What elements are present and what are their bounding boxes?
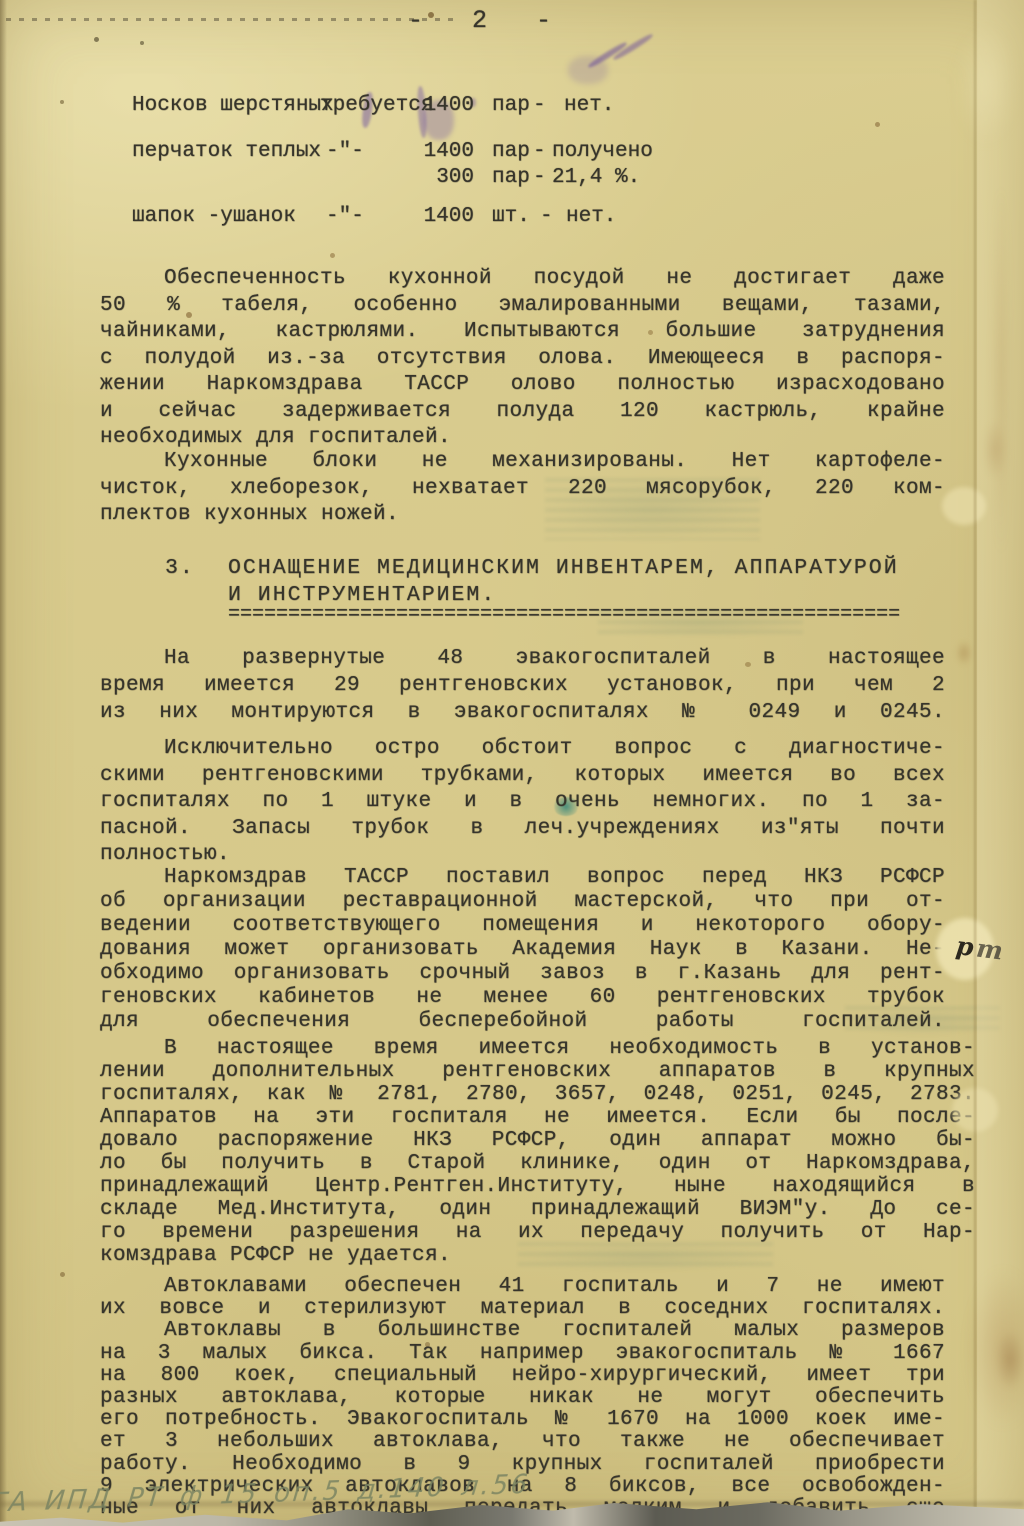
text-line: чайниками, кастрюлями. Испытываются боль… — [100, 319, 945, 346]
text-line: довало распоряжение НКЗ РСФСР, один аппа… — [100, 1129, 975, 1152]
text-line: скими рентгеновскими трубками, которых и… — [100, 763, 945, 790]
speck — [94, 37, 99, 42]
text-line: ет 3 небольших автоклава, что также не о… — [100, 1431, 945, 1453]
text-line: время имеется 29 рентгеновских установок… — [100, 672, 945, 699]
text-line: Исключительно остро обстоит вопрос с диа… — [100, 736, 945, 763]
text-line: В настоящее время имеется необходимость … — [100, 1037, 975, 1060]
paragraph-restoration-workshop: Наркомздрав ТАССР поставил вопрос перед … — [100, 866, 945, 1034]
text-line: обходимо организовать срочный завоз в г.… — [100, 962, 945, 986]
paragraph-kitchen-blocks: Кухонные блоки не механизированы. Нет ка… — [100, 449, 945, 529]
text-line: и сейчас задерживается полуда 120 кастрю… — [100, 399, 945, 426]
text-line: плектов кухонных ножей. — [100, 502, 945, 529]
supply-list: Носков шерстяных требуется 1400 пар - не… — [0, 94, 1024, 244]
text-line: жении Наркомздрава ТАССР олово полностью… — [100, 372, 945, 399]
supply-qty: 1400 — [410, 94, 474, 117]
supply-item: Носков шерстяных — [132, 94, 334, 117]
supply-status: нет. — [564, 94, 614, 117]
supply-dash: - — [540, 205, 553, 228]
text-line: Наркомздрав ТАССР поставил вопрос перед … — [100, 866, 945, 890]
text-line: Аппаратов на эти госпиталя не имеется. Е… — [100, 1106, 975, 1129]
supply-ditto: -"- — [326, 140, 364, 163]
supply-qty2: 300 — [410, 166, 474, 189]
text-line: полностью. — [100, 842, 945, 869]
supply-status: нет. — [566, 205, 616, 228]
text-line: ло бы получить в Старой клинике, один от… — [100, 1152, 975, 1175]
section-number: 3. — [165, 556, 195, 580]
page-left-edge-shadow — [0, 0, 7, 1526]
text-line: на 3 малых бикса. Так например эвакогосп… — [100, 1343, 945, 1365]
supply-qty: 1400 — [410, 140, 474, 163]
text-line: лении дополнительных рентгеновских аппар… — [100, 1060, 975, 1083]
text-line: из них монтируются в эвакогоспиталях № 0… — [100, 699, 945, 726]
text-line: с полудой из.-за отсутствия олова. Имеющ… — [100, 346, 945, 373]
supply-item: шапок -ушанок — [132, 205, 296, 228]
supply-item: перчаток теплых — [132, 140, 321, 163]
section-title-line1: ОСНАЩЕНИЕ МЕДИЦИНСКИМ ИНВЕНТАРЕМ, АППАРА… — [228, 556, 899, 580]
text-line: чисток, хлеборезок, нехватает 220 мясору… — [100, 476, 945, 503]
page-number: - 2 - — [408, 6, 561, 35]
text-line: На развернутые 48 эвакогоспиталей в наст… — [100, 645, 945, 672]
text-line: для обеспечения бесперебойной работы гос… — [100, 1010, 945, 1034]
supply-dash2: - — [533, 166, 546, 189]
paragraph-additional-apparatus: В настоящее время имеется необходимость … — [100, 1037, 975, 1267]
text-line: Обеспеченность кухонной посудой не дости… — [100, 266, 945, 293]
text-line: дования может организовать Академия Наук… — [100, 938, 945, 962]
text-line: на 800 коек, специальный нейро-хирургиче… — [100, 1365, 945, 1387]
speck — [60, 1272, 65, 1277]
purple-ink-swirl — [568, 56, 608, 84]
text-line: комздрава РСФСР не удается. — [100, 1244, 975, 1267]
text-line: об организации реставрационной мастерско… — [100, 890, 945, 914]
text-line: пасной. Запасы трубок в леч.учреждениях … — [100, 816, 945, 843]
supply-unit2: пар — [492, 166, 530, 189]
perforation-dotted-line — [6, 18, 458, 21]
paragraph-xray-tubes: Исключительно остро обстоит вопрос с диа… — [100, 736, 945, 869]
supply-status2: 21,4 %. — [552, 166, 640, 189]
text-line: их вовсе и стерилизуют материал в соседн… — [100, 1298, 945, 1320]
text-line: складе Мед.Института, один принадлежащий… — [100, 1198, 975, 1221]
supply-unit: пар — [492, 140, 530, 163]
paragraph-xray-units: На развернутые 48 эвакогоспиталей в наст… — [100, 645, 945, 726]
text-line: 50 % табеля, особенно эмалированными вещ… — [100, 293, 945, 320]
text-line: Автоклавами обеспечен 41 госпиталь и 7 н… — [100, 1276, 945, 1298]
scanned-document-page: - 2 - Носков шерстяных требуется 1400 па… — [0, 0, 1024, 1526]
text-line: принадлежащий Центр.Рентген.Институту, н… — [100, 1175, 975, 1198]
speck — [330, 253, 335, 258]
paragraph-kitchenware-shortage: Обеспеченность кухонной посудой не дости… — [100, 266, 945, 452]
supply-dash: - — [533, 140, 546, 163]
supply-unit: пар — [492, 94, 530, 117]
speck — [140, 41, 144, 45]
supply-unit: шт. — [492, 205, 530, 228]
text-line: Кухонные блоки не механизированы. Нет ка… — [100, 449, 945, 476]
supply-qty: 1400 — [410, 205, 474, 228]
text-line: госпиталях, как № 2781, 2780, 3657, 0248… — [100, 1083, 975, 1106]
text-line: необходимых для госпиталей. — [100, 425, 945, 452]
text-line: го времени разрешения на их передачу пол… — [100, 1221, 975, 1244]
stain — [955, 640, 973, 666]
text-line: геновских кабинетов не менее 60 рентгено… — [100, 986, 945, 1010]
supply-dash: - — [533, 94, 546, 117]
text-line: ведении соответствующего помещения и нек… — [100, 914, 945, 938]
text-line: его потребность. Эвакогоспиталь № 1670 н… — [100, 1409, 945, 1431]
text-line: госпиталях по 1 штуке и в очень немногих… — [100, 789, 945, 816]
heading-underline: ========================================… — [228, 603, 900, 626]
text-line: разных автоклава, которые никак не могут… — [100, 1387, 945, 1409]
text-line: Автоклавы в большинстве госпиталей малых… — [100, 1320, 945, 1342]
page-right-edge — [977, 0, 1024, 1526]
supply-ditto: -"- — [326, 205, 364, 228]
supply-status: получено — [552, 140, 653, 163]
